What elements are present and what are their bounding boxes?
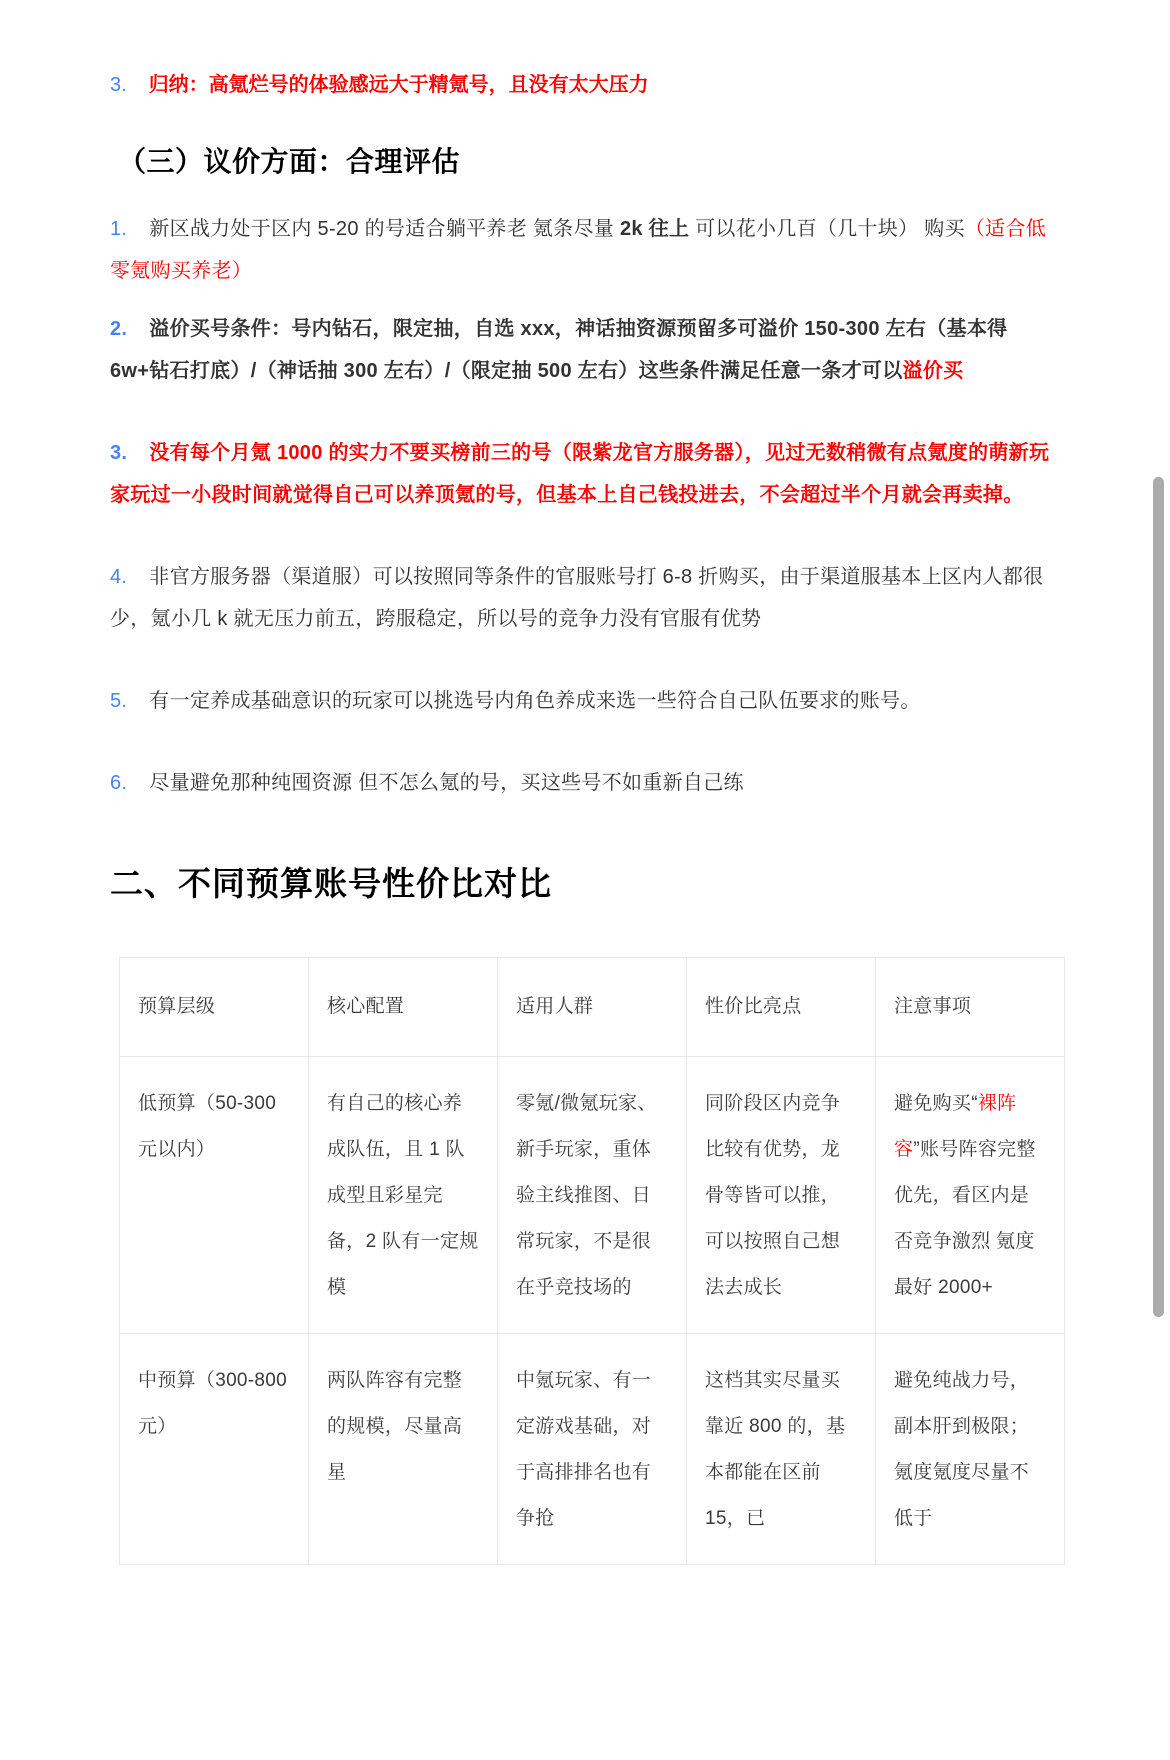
column-header-budget: 预算层级 bbox=[120, 958, 309, 1057]
cell-audience: 零氪/微氪玩家、新手玩家，重体验主线推图、日常玩家，不是很在乎竞技场的 bbox=[498, 1057, 687, 1334]
cell-highlight: 这档其实尽量买靠近 800 的，基本都能在区前 15，已 bbox=[687, 1334, 876, 1565]
list-item-number: 4. bbox=[110, 556, 127, 598]
column-header-audience: 适用人群 bbox=[498, 958, 687, 1057]
cell-notes: 避免纯战力号，副本肝到极限；氪度氪度尽量不低于 bbox=[876, 1334, 1065, 1565]
table-row: 中预算（300-800 元） 两队阵容有完整的规模，尽量高星 中氪玩家、有一定游… bbox=[120, 1334, 1065, 1565]
list-item-text: 非官方服务器（渠道服）可以按照同等条件的官服账号打 6-8 折购买，由于渠道服基… bbox=[110, 566, 1043, 630]
list-item-text-bold: 溢价买号条件：号内钻石，限定抽，自选 xxx，神话抽资源预留多可溢价 150-3… bbox=[110, 318, 1007, 382]
budget-comparison-table: 预算层级 核心配置 适用人群 性价比亮点 注意事项 低预算（50-300 元以内… bbox=[110, 957, 1062, 1565]
list-item-text-red: 溢价买 bbox=[903, 360, 964, 382]
list-item-number: 5. bbox=[110, 680, 127, 722]
list-item-text-red: 没有每个月氪 1000 的实力不要买榜前三的号（限紫龙官方服务器），见过无数稍微… bbox=[110, 442, 1049, 506]
column-header-config: 核心配置 bbox=[309, 958, 498, 1057]
scrollbar-thumb[interactable] bbox=[1153, 477, 1164, 1317]
list-item-number: 3. bbox=[110, 432, 127, 474]
list-item-3: 3.没有每个月氪 1000 的实力不要买榜前三的号（限紫龙官方服务器），见过无数… bbox=[110, 432, 1062, 516]
list-item-5: 5.有一定养成基础意识的玩家可以挑选号内角色养成来选一些符合自己队伍要求的账号。 bbox=[110, 680, 1062, 722]
list-item-text-bold: 2k 往上 bbox=[620, 218, 689, 240]
list-item-6: 6.尽量避免那种纯囤资源 但不怎么氪的号，买这些号不如重新自己练 bbox=[110, 762, 1062, 804]
list-item-number: 1. bbox=[110, 208, 127, 250]
list-item-intro: 3.归纳：高氪烂号的体验感远大于精氪号，且没有太大压力 bbox=[110, 70, 1062, 100]
list-item-number: 2. bbox=[110, 308, 127, 350]
cell-audience: 中氪玩家、有一定游戏基础，对于高排排名也有争抢 bbox=[498, 1334, 687, 1565]
list-item-text: 归纳：高氪烂号的体验感远大于精氪号，且没有太大压力 bbox=[149, 74, 649, 96]
table-row: 低预算（50-300 元以内） 有自己的核心养成队伍，且 1 队成型且彩星完备，… bbox=[120, 1057, 1065, 1334]
list-item-number: 3. bbox=[110, 70, 127, 100]
document-page: 3.归纳：高氪烂号的体验感远大于精氪号，且没有太大压力 （三）议价方面：合理评估… bbox=[0, 0, 1170, 1565]
cell-config: 两队阵容有完整的规模，尽量高星 bbox=[309, 1334, 498, 1565]
cell-notes-text: 避免购买“ bbox=[894, 1093, 978, 1114]
list-item-1: 1.新区战力处于区内 5-20 的号适合躺平养老 氪条尽量 2k 往上 可以花小… bbox=[110, 208, 1062, 292]
cell-config: 有自己的核心养成队伍，且 1 队成型且彩星完备，2 队有一定规模 bbox=[309, 1057, 498, 1334]
list-item-text: 新区战力处于区内 5-20 的号适合躺平养老 氪条尽量 bbox=[149, 218, 620, 240]
cell-notes-text: ”账号阵容完整优先，看区内是否竞争激烈 氪度最好 2000+ bbox=[894, 1139, 1036, 1298]
list-item-text: 有一定养成基础意识的玩家可以挑选号内角色养成来选一些符合自己队伍要求的账号。 bbox=[149, 690, 920, 712]
cell-highlight: 同阶段区内竞争比较有优势，龙骨等皆可以推，可以按照自己想法去成长 bbox=[687, 1057, 876, 1334]
cell-notes: 避免购买“裸阵容”账号阵容完整优先，看区内是否竞争激烈 氪度最好 2000+ bbox=[876, 1057, 1065, 1334]
column-header-highlight: 性价比亮点 bbox=[687, 958, 876, 1057]
cell-budget: 中预算（300-800 元） bbox=[120, 1334, 309, 1565]
column-header-notes: 注意事项 bbox=[876, 958, 1065, 1057]
section-heading-budget-comparison: 二、不同预算账号性价比对比 bbox=[110, 858, 1062, 905]
list-item-number: 6. bbox=[110, 762, 127, 804]
list-item-text: 尽量避免那种纯囤资源 但不怎么氪的号，买这些号不如重新自己练 bbox=[149, 772, 744, 794]
list-item-2: 2.溢价买号条件：号内钻石，限定抽，自选 xxx，神话抽资源预留多可溢价 150… bbox=[110, 308, 1062, 392]
list-item-text: 可以花小几百（几十块） 购买 bbox=[689, 218, 965, 240]
list-item-4: 4.非官方服务器（渠道服）可以按照同等条件的官服账号打 6-8 折购买，由于渠道… bbox=[110, 556, 1062, 640]
section-heading-pricing: （三）议价方面：合理评估 bbox=[118, 140, 1062, 180]
cell-budget: 低预算（50-300 元以内） bbox=[120, 1057, 309, 1334]
cell-notes-text: 避免纯战力号，副本肝到极限；氪度氪度尽量不低于 bbox=[894, 1370, 1029, 1529]
table-header-row: 预算层级 核心配置 适用人群 性价比亮点 注意事项 bbox=[120, 958, 1065, 1057]
